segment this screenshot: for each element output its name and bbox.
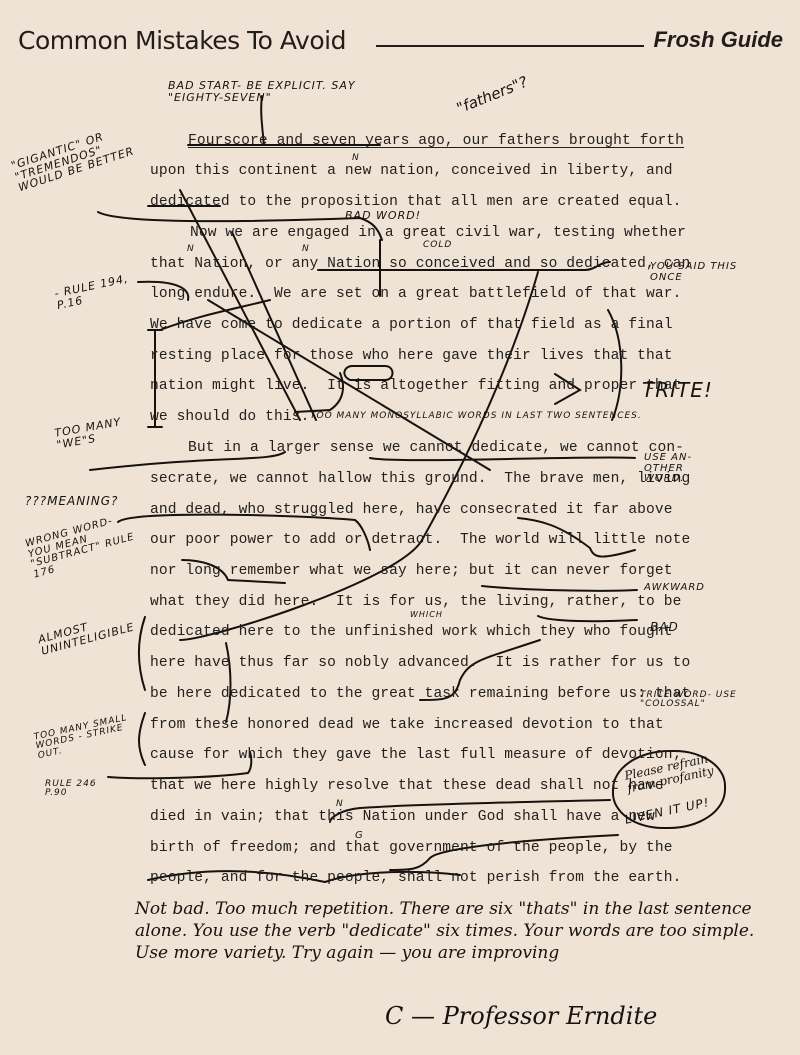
annotation-trite: TRITE!: [642, 380, 713, 401]
page-title: Common Mistakes To Avoid: [18, 26, 346, 55]
speech-line: But in a larger sense we cannot dedicate…: [188, 440, 684, 456]
speech-line: be here dedicated to the great task rema…: [150, 686, 690, 702]
speech-line: here have thus far so nobly advanced. It…: [150, 655, 690, 671]
speech-line: we should do this.: [150, 409, 309, 425]
annotation-cap-g: G: [355, 831, 364, 842]
annotation-cap-n: N: [302, 245, 310, 254]
annotation-almost-unintelligible: ALMOST UNINTELIGIBLE: [37, 606, 149, 657]
speech-line: and dead, who struggled here, have conse…: [150, 502, 673, 518]
speech-line-text: Fourscore and seven years ago, our fathe…: [188, 133, 684, 149]
annotation-fathers: "fathers"?: [455, 75, 530, 118]
speech-line: dedicated to the proposition that all me…: [150, 194, 681, 210]
annotation-bad: BAD: [650, 621, 679, 634]
annotation-wrong-word: WRONG WORD- YOU MEAN "SUBTRACT" RULE 176: [24, 511, 141, 580]
professor-comment: Not bad. Too much repetition. There are …: [135, 898, 785, 964]
speech-line: that we here highly resolve that these d…: [150, 778, 664, 794]
annotation-too-many-we: TOO MANY "WE"S: [54, 412, 147, 450]
annotation-bad-word: BAD WORD!: [345, 210, 421, 222]
annotation-trite-word: TRITE WORD- USE "COLOSSAL": [640, 691, 800, 710]
speech-line: dedicated here to the unfinished work wh…: [150, 624, 673, 640]
speech-line: upon this continent a new nation, concei…: [150, 163, 673, 179]
speech-line: birth of freedom; and that government of…: [150, 840, 673, 856]
annotation-cap-n: N: [352, 154, 360, 163]
annotation-cap-n: N: [187, 245, 195, 254]
annotation-bad-start: BAD START- BE EXPLICIT. SAY "EIGHTY-SEVE…: [168, 80, 388, 103]
speech-line: our poor power to add or detract. The wo…: [150, 532, 690, 548]
speech-line: from these honored dead we take increase…: [150, 717, 664, 733]
annotation-cap-n: N: [336, 800, 344, 809]
speech-line: nor long remember what we say here; but …: [150, 563, 673, 579]
speech-line: what they did here. It is for us, the li…: [150, 594, 681, 610]
speech-line: resting place for those who here gave th…: [150, 348, 673, 364]
page-header: Common Mistakes To Avoid Frosh Guide: [18, 24, 783, 64]
speech-line: long endure. We are set on a great battl…: [150, 286, 681, 302]
speech-line: nation might live. It is altogether fitt…: [150, 378, 681, 394]
annotation-you-said: YOU SAID THIS ONCE: [650, 262, 740, 283]
annotation-cold: COLD: [423, 241, 452, 250]
annotation-gigantic: "GIGANTIC" OR "TREMENDOS" WOULD BE BETTE…: [10, 121, 144, 194]
professor-signature: C — Professor Erndite: [385, 1005, 657, 1027]
annotation-use-another: USE AN- OTHER WORD.: [644, 453, 724, 485]
speech-line: died in vain; that this Nation under God…: [150, 809, 655, 825]
annotation-which: WHICH: [410, 611, 443, 619]
speech-line: that Nation, or any Nation so conceived …: [150, 256, 690, 272]
section-title: Frosh Guide: [653, 27, 783, 53]
speech-line: cause for which they gave the last full …: [150, 747, 681, 763]
speech-line: secrate, we cannot hallow this ground. T…: [150, 471, 690, 487]
annotation-meaning: ???MEANING?: [25, 495, 118, 508]
speech-line: Now we are engaged in a great civil war,…: [190, 225, 686, 241]
speech-line: We have come to dedicate a portion of th…: [150, 317, 673, 333]
annotation-rule-194: - RULE 194, P.16: [53, 272, 136, 311]
header-rule: [376, 45, 644, 47]
annotation-rule-246: RULE 246 P.90: [45, 780, 105, 799]
annotation-monosyllabic: TOO MANY MONOSYLLABIC WORDS IN LAST TWO …: [310, 412, 670, 421]
speech-line: people, and for the people, shall not pe…: [150, 870, 681, 886]
annotation-too-many-small: TOO MANY SMALL WORDS - STRIKE OUT.: [33, 711, 146, 762]
annotation-awkward: AWKWARD: [644, 583, 705, 594]
speech-line: Fourscore and seven years ago, our fathe…: [188, 133, 684, 149]
